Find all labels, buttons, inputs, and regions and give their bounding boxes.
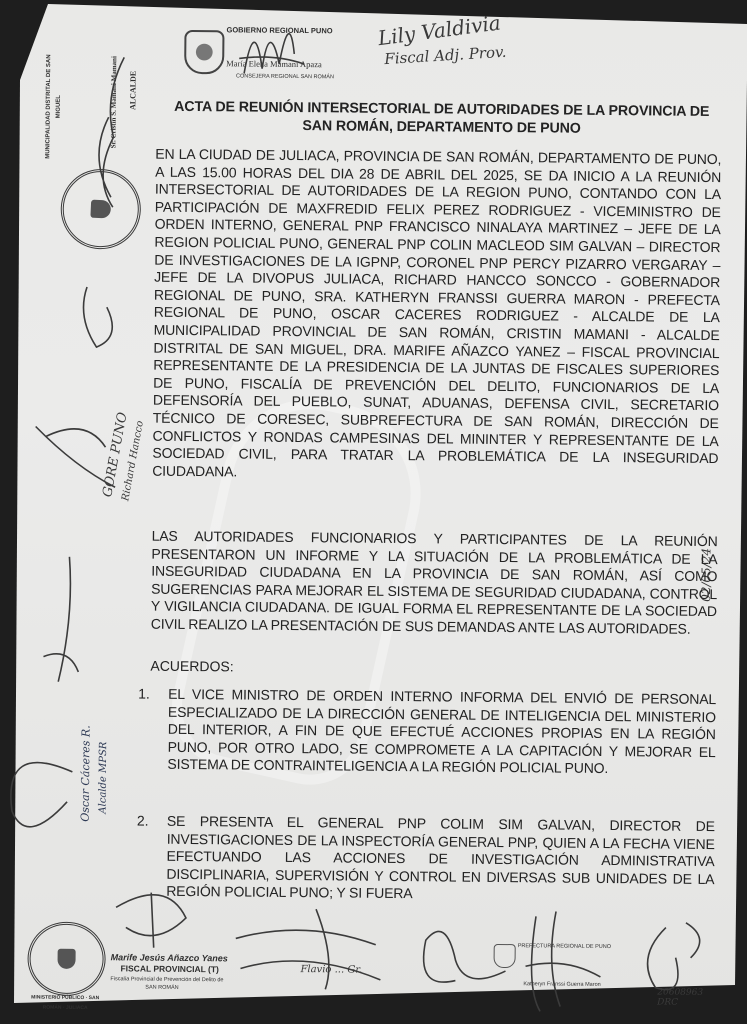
alcalde-signature (28, 556, 89, 687)
opening-paragraph: EN LA CIUDAD DE JULIACA, PROVINCIA DE SA… (152, 146, 721, 486)
governor-signature (25, 286, 137, 507)
prefect-signature (515, 906, 606, 1017)
municipal-stamp-text: MUNICIPALIDAD DISTRITAL DE SAN MIGUEL (43, 47, 64, 167)
prefecture-seal (494, 944, 516, 968)
loop-signature (2, 751, 83, 842)
agreement-text: SE PRESENTA EL GENERAL PNP COLIM SIM GAL… (166, 813, 715, 906)
agreement-number: 1. (138, 685, 166, 703)
footer-signature-3 (415, 920, 506, 1001)
footer-signature-4 (635, 917, 716, 998)
agreements-heading: ACUERDOS: (150, 658, 233, 675)
note-alcalde-title: Alcalde MPSR (97, 742, 109, 814)
footer-handwritten-2: 20608963 DRC (657, 987, 702, 1007)
agreement-number: 2. (137, 812, 165, 830)
footer-signature-2 (235, 898, 386, 994)
fiscal-title: FISCAL PROVINCIAL (T) (120, 963, 218, 974)
agreement-item: 1. EL VICE MINISTRO DE ORDEN INTERNO INF… (137, 685, 716, 779)
footer-handwritten-1: Flavio ... Gr. (300, 964, 362, 976)
document-title: ACTA DE REUNIÓN INTERSECTORIAL DE AUTORI… (164, 98, 720, 139)
report-paragraph: LAS AUTORIDADES FUNCIONARIOS Y PARTICIPA… (151, 528, 718, 639)
fiscal-city: SAN ROMÁN (145, 983, 178, 993)
agreement-text: EL VICE MINISTRO DE ORDEN INTERNO INFORM… (167, 686, 716, 779)
document-content: GOBIERNO REGIONAL PUNO María Elena Maman… (0, 0, 747, 1024)
agreement-item: 2. SE PRESENTA EL GENERAL PNP COLIM SIM … (136, 812, 715, 906)
regional-government-seal (184, 30, 224, 74)
header-signature (234, 13, 315, 89)
municipal-signature (82, 57, 144, 258)
fiscal-signature (106, 887, 207, 958)
public-ministry-seal-text: MINISTERIO PÚBLICO · SAN ROMÁN · JULIACA (25, 992, 105, 1013)
public-ministry-seal (27, 921, 106, 996)
